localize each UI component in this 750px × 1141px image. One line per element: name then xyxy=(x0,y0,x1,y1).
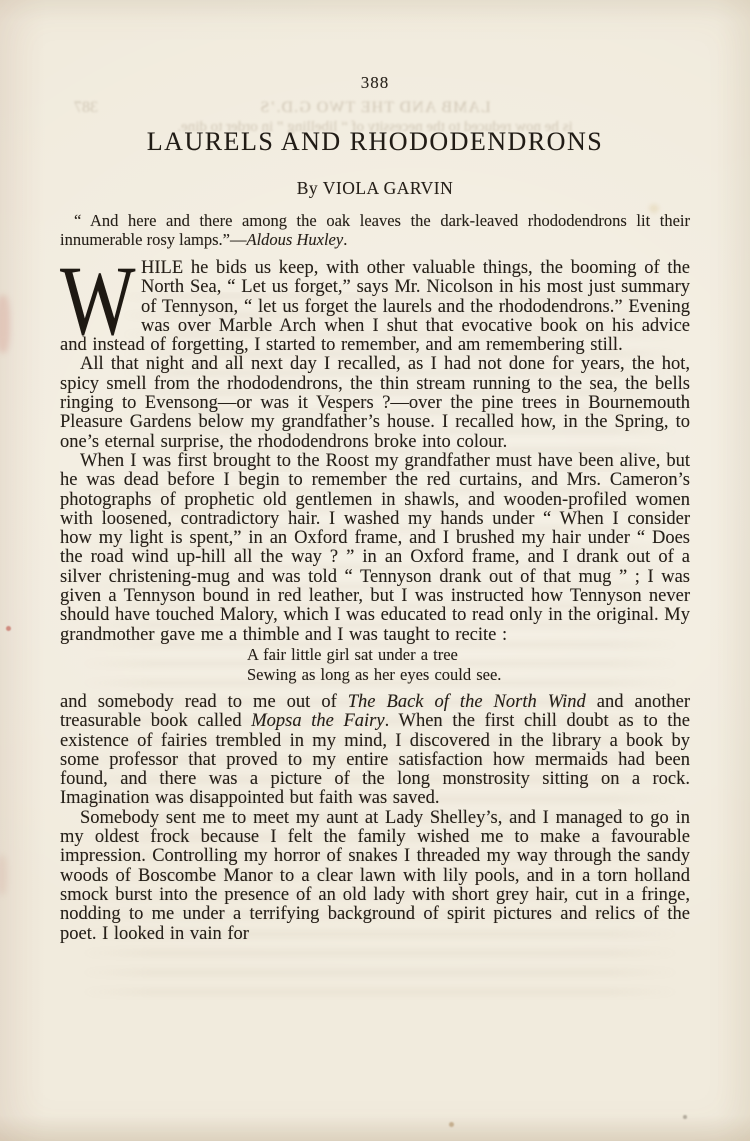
article-title: LAURELS AND RHODODENDRONS xyxy=(60,127,690,157)
byline: By VIOLA GARVIN xyxy=(60,177,690,199)
drop-cap: W xyxy=(60,259,118,336)
paragraph: When I was first brought to the Roost my… xyxy=(60,452,690,645)
paper-speck xyxy=(683,1115,687,1119)
paragraph: Somebody sent me to meet my aunt at Lady… xyxy=(60,809,690,944)
verse-quote: A fair little girl sat under a treeSewin… xyxy=(60,645,690,685)
epigraph: “ And here and there among the oak leave… xyxy=(60,211,690,249)
book-page-scan: LAMB AND THE TWO G.D.’S 387 is he now re… xyxy=(0,0,750,1141)
paragraph: All that night and all next day I recall… xyxy=(60,355,690,451)
paragraph: and somebody read to me out of The Back … xyxy=(60,693,690,809)
text-segment: All that night and all next day I recall… xyxy=(60,354,690,451)
page-number: 388 xyxy=(60,73,690,93)
paper-stain xyxy=(0,855,7,895)
epigraph-suffix: . xyxy=(343,230,347,249)
article-body: WHILE he bids us keep, with other valuab… xyxy=(60,259,690,944)
text-segment: Somebody sent me to meet my aunt at Lady… xyxy=(60,808,690,944)
verse-line: Sewing as long as her eyes could see. xyxy=(247,665,690,685)
paper-speck xyxy=(449,1122,454,1127)
book-title-italic: Mopsa the Fairy xyxy=(251,711,384,731)
text-segment: and somebody read to me out of xyxy=(60,692,348,712)
epigraph-text: “ And here and there among the oak leave… xyxy=(60,211,690,249)
paper-speck xyxy=(6,626,11,631)
text-segment: HILE he bids us keep, with other valuabl… xyxy=(60,258,690,355)
text-segment: When I was first brought to the Roost my… xyxy=(60,451,690,645)
epigraph-attribution: Aldous Huxley xyxy=(247,230,344,249)
paper-stain xyxy=(0,295,10,353)
book-title-italic: The Back of the North Wind xyxy=(348,692,586,712)
page-content: 388 LAURELS AND RHODODENDRONS By VIOLA G… xyxy=(60,0,690,944)
paragraph: WHILE he bids us keep, with other valuab… xyxy=(60,259,690,355)
verse-line: A fair little girl sat under a tree xyxy=(247,645,690,665)
